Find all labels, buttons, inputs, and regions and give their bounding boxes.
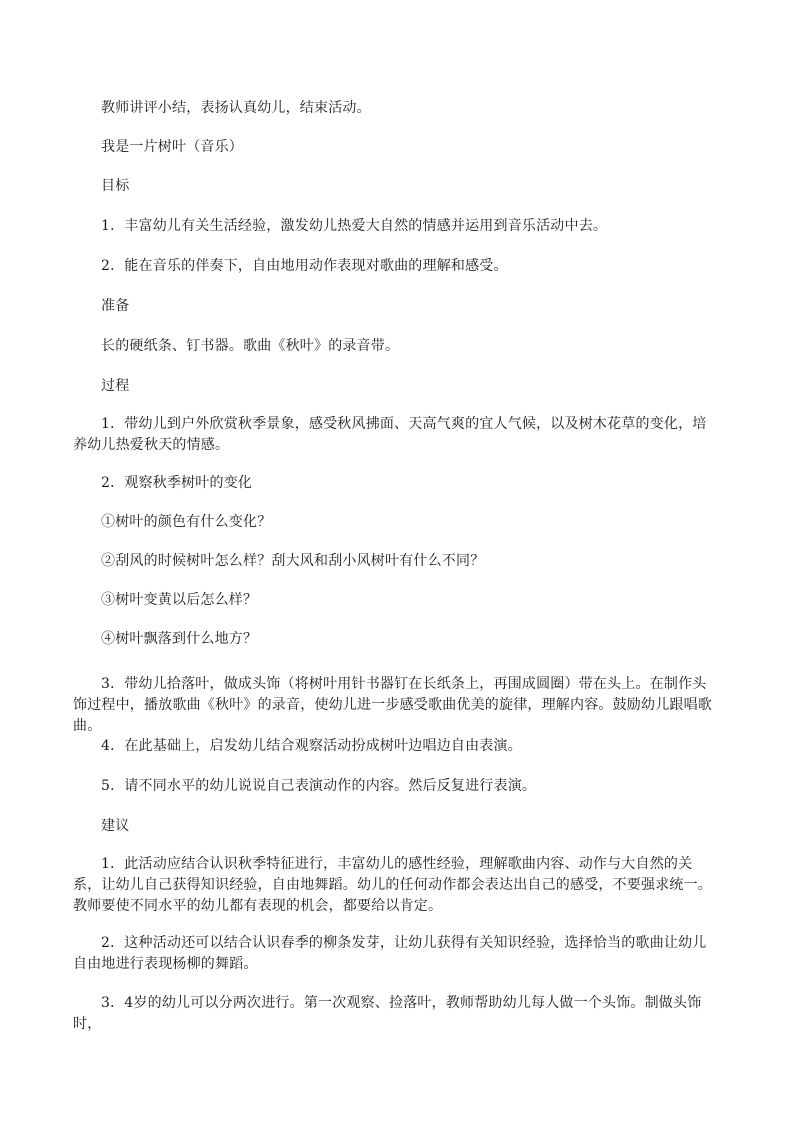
section-heading-preparation: 准备 [73, 296, 715, 317]
process-step-5: 5．请不同水平的幼儿说说自己表演动作的内容。然后反复进行表演。 [73, 776, 715, 797]
process-step-2: 2．观察秋季树叶的变化 [73, 473, 715, 494]
activity-title: 我是一片树叶（音乐） [73, 137, 715, 158]
section-heading-suggestions: 建议 [73, 816, 715, 837]
process-step-4: 4．在此基础上，启发幼儿结合观察活动扮成树叶边唱边自由表演。 [73, 736, 715, 757]
question-item-3: ③树叶变黄以后怎么样？ [73, 590, 715, 611]
process-step-1: 1．带幼儿到户外欣赏秋季景象，感受秋风拂面、天高气爽的宜人气候，以及树木花草的变… [73, 414, 715, 456]
suggestion-item-3: 3．4岁的幼儿可以分两次进行。第一次观察、捡落叶，教师帮助幼儿每人做一个头饰。制… [73, 993, 715, 1035]
question-item-2: ②刮风的时候树叶怎么样？刮大风和刮小风树叶有什么不同？ [73, 551, 715, 572]
question-item-1: ①树叶的颜色有什么变化？ [73, 512, 715, 533]
suggestion-item-1: 1．此活动应结合认识秋季特征进行，丰富幼儿的感性经验，理解歌曲内容、动作与大自然… [73, 854, 715, 917]
process-step-3: 3．带幼儿拾落叶，做成头饰（将树叶用针书器钉在长纸条上，再围成圆圈）带在头上。在… [73, 674, 715, 737]
suggestion-item-2: 2．这种活动还可以结合认识春季的柳条发芽，让幼儿获得有关知识经验，选择恰当的歌曲… [73, 933, 715, 975]
section-heading-process: 过程 [73, 376, 715, 397]
goal-item-1: 1．丰富幼儿有关生活经验，激发幼儿热爱大自然的情感并运用到音乐活动中去。 [73, 216, 715, 237]
preparation-text: 长的硬纸条、钉书器。歌曲《秋叶》的录音带。 [73, 336, 715, 357]
paragraph-closing-summary: 教师讲评小结，表扬认真幼儿，结束活动。 [73, 98, 715, 119]
section-heading-goals: 目标 [73, 176, 715, 197]
goal-item-2: 2．能在音乐的伴奏下，自由地用动作表现对歌曲的理解和感受。 [73, 256, 715, 277]
question-item-4: ④树叶飘落到什么地方？ [73, 629, 715, 650]
document-page: 教师讲评小结，表扬认真幼儿，结束活动。 我是一片树叶（音乐） 目标 1．丰富幼儿… [0, 0, 800, 1132]
